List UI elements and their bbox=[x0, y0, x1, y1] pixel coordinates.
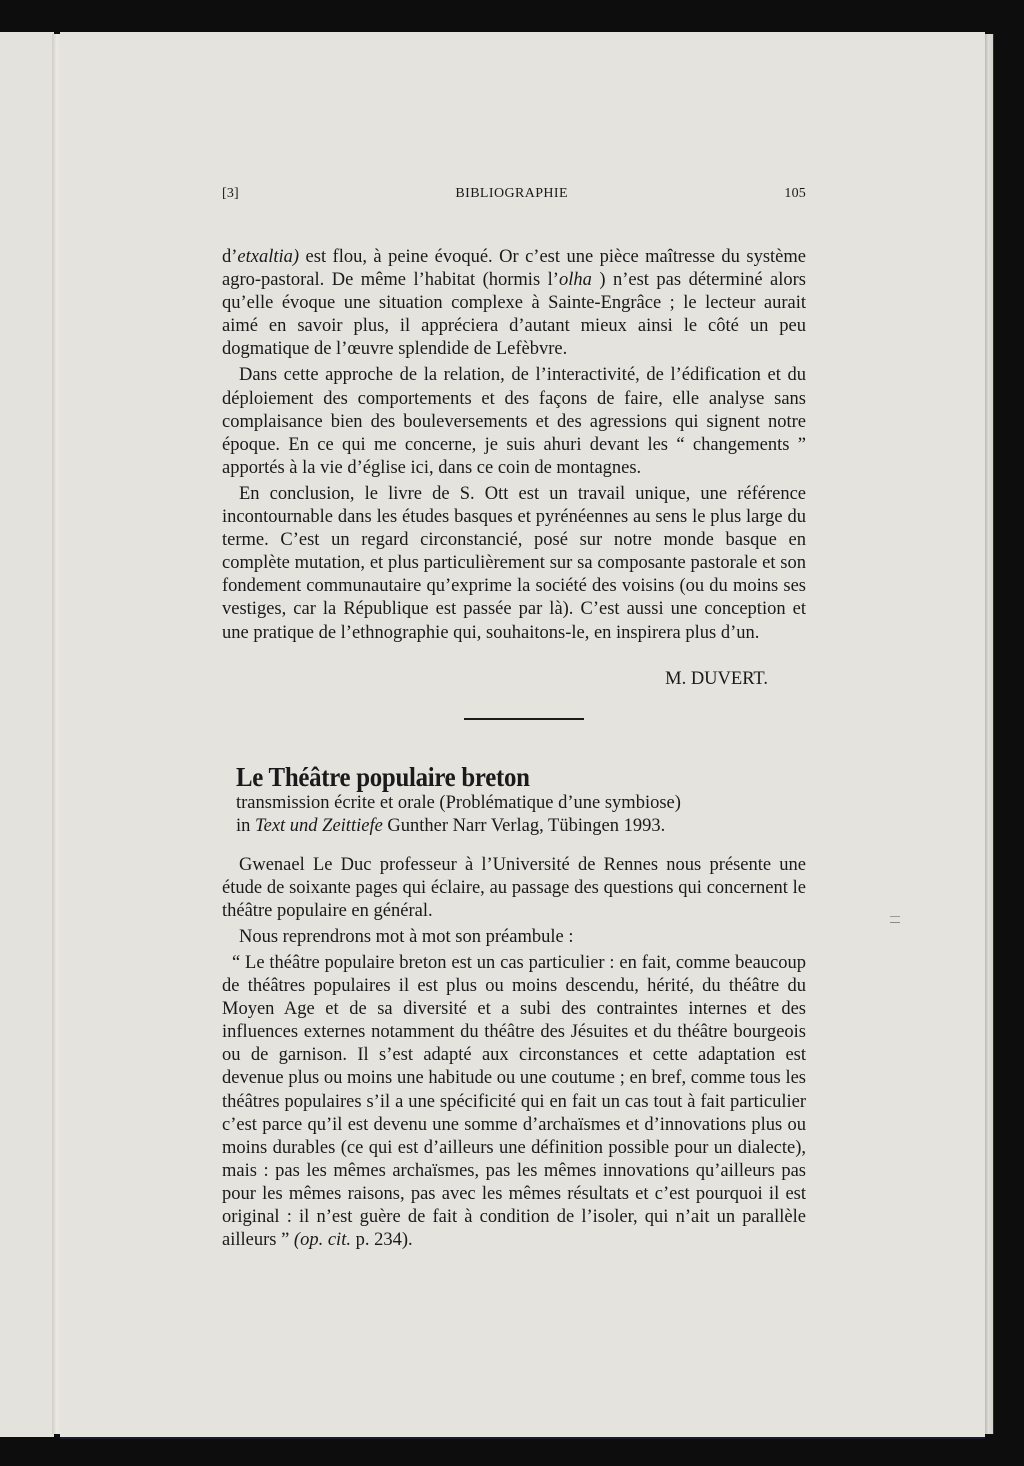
section-divider bbox=[464, 718, 584, 720]
section-number: [3] bbox=[222, 186, 239, 202]
previous-review-body: d’etxaltia) est flou, à peine évoqué. Or… bbox=[222, 246, 806, 645]
paragraph: d’etxaltia) est flou, à peine évoqué. Or… bbox=[222, 246, 806, 361]
running-title: BIBLIOGRAPHIE bbox=[455, 186, 568, 202]
review-title: Le Théâtre populaire breton bbox=[236, 762, 760, 792]
cited-work: Text und Zeittiefe bbox=[255, 816, 383, 836]
author-signature: M. DUVERT. bbox=[222, 669, 806, 690]
running-head: [3] BIBLIOGRAPHIE 105 bbox=[222, 186, 806, 202]
paragraph: En conclusion, le livre de S. Ott est un… bbox=[222, 483, 806, 645]
page-content: [3] BIBLIOGRAPHIE 105 d’etxaltia) est fl… bbox=[222, 186, 806, 1255]
review-citation: in Text und Zeittiefe Gunther Narr Verla… bbox=[236, 815, 806, 838]
margin-mark bbox=[890, 916, 900, 923]
page-number: 105 bbox=[784, 186, 806, 202]
paragraph: Nous reprendrons mot à mot son préambule… bbox=[222, 926, 806, 949]
reference-abbrev: op. cit. bbox=[300, 1230, 351, 1250]
block-quote: “ Le théâtre populaire breton est un cas… bbox=[222, 952, 806, 1252]
paragraph: Dans cette approche de la relation, de l… bbox=[222, 364, 806, 479]
paragraph: Gwenael Le Duc professeur à l’Université… bbox=[222, 854, 806, 923]
review-body: Gwenael Le Duc professeur à l’Université… bbox=[222, 854, 806, 1253]
review-subtitle: transmission écrite et orale (Problémati… bbox=[236, 792, 806, 815]
page-stack-edge bbox=[985, 34, 994, 1434]
left-page-edge bbox=[0, 32, 54, 1437]
